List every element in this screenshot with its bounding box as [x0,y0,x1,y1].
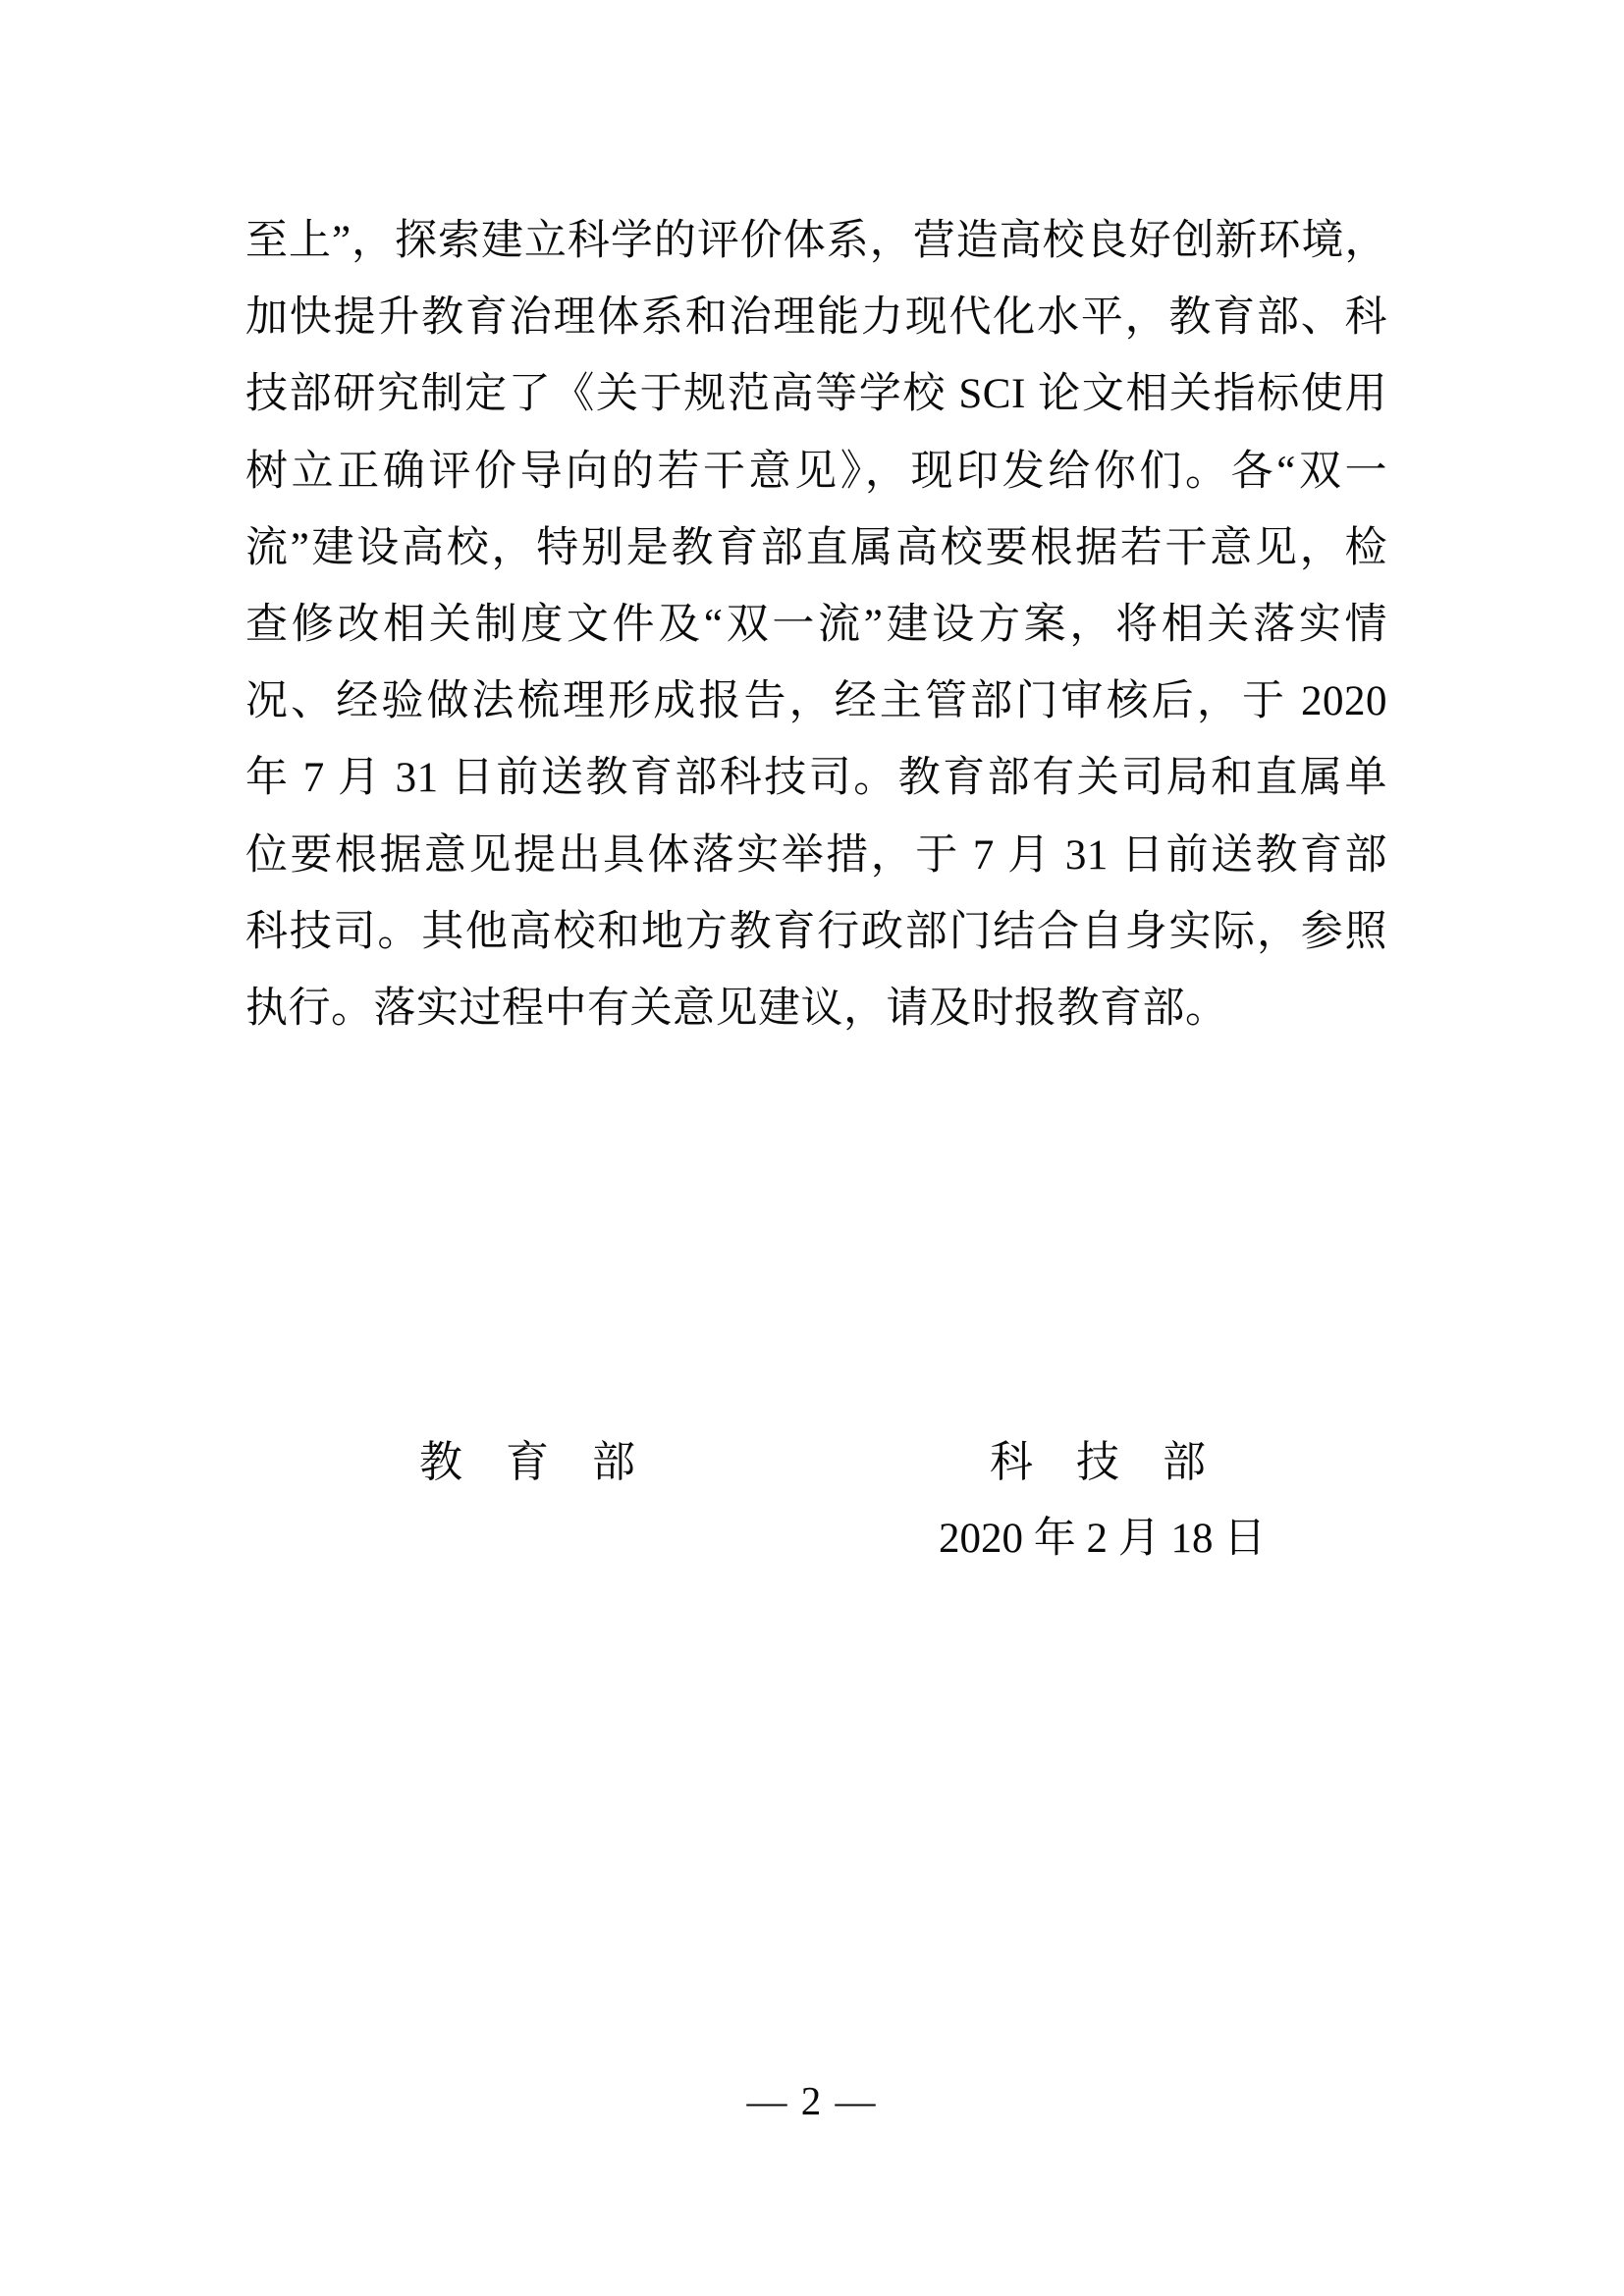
body-line: 执行。落实过程中有关意见建议，请及时报教育部。 [245,971,1387,1047]
body-line: 况、经验做法梳理形成报告，经主管部门审核后，于 2020 [245,664,1387,740]
document-date: 2020 年 2 月 18 日 [939,1516,1266,1563]
signature-ministry-of-education: 教 育 部 [419,1439,635,1486]
signature-ministry-of-science-and-technology: 科 技 部 [990,1439,1206,1486]
body-line: 树立正确评价导向的若干意见》，现印发给你们。各“双一 [245,434,1387,510]
body-line: 加快提升教育治理体系和治理能力现代化水平，教育部、科 [245,280,1387,356]
body-line: 至上”，探索建立科学的评价体系，营造高校良好创新环境， [245,203,1387,280]
letter-body: 至上”，探索建立科学的评价体系，营造高校良好创新环境， 加快提升教育治理体系和治… [245,203,1387,1047]
body-line: 流”建设高校，特别是教育部直属高校要根据若干意见，检 [245,510,1387,587]
document-page: 至上”，探索建立科学的评价体系，营造高校良好创新环境， 加快提升教育治理体系和治… [0,0,1624,2296]
body-line: 年 7 月 31 日前送教育部科技司。教育部有关司局和直属单 [245,740,1387,817]
body-line: 科技司。其他高校和地方教育行政部门结合自身实际，参照 [245,894,1387,971]
body-line: 位要根据意见提出具体落实举措，于 7 月 31 日前送教育部 [245,818,1387,894]
body-line: 技部研究制定了《关于规范高等学校 SCI 论文相关指标使用 [245,356,1387,433]
page-number: — 2 — [0,2079,1624,2122]
body-line: 查修改相关制度文件及“双一流”建设方案，将相关落实情 [245,587,1387,664]
